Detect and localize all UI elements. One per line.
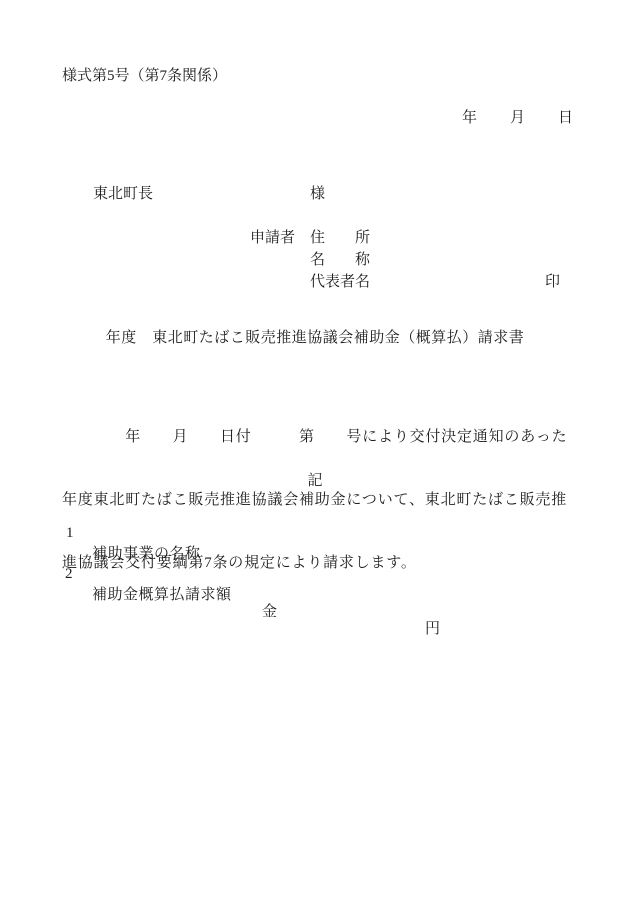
item-2-currency-prefix: 金: [262, 600, 277, 621]
applicant-label: 申請者: [250, 226, 295, 247]
addressee-honorific: 様: [310, 186, 325, 202]
addressee-title: 東北町長: [93, 186, 153, 202]
applicant-name-label: 名 称: [310, 248, 370, 269]
date-line: 年 月 日: [462, 106, 573, 127]
document-page: 様式第5号（第7条関係） 年 月 日 東北町長様 申請者 住 所 名 称 代表者…: [0, 0, 630, 903]
document-title: 年度 東北町たばこ販売推進協議会補助金（概算払）請求書: [0, 326, 630, 347]
date-month-label: 月: [510, 106, 525, 127]
seal-mark: 印: [545, 270, 560, 291]
addressee-line: 東北町長様: [78, 165, 325, 220]
list-item-1: 1 補助事業の名称: [0, 508, 630, 526]
record-marker: 記: [0, 469, 630, 490]
applicant-address-label: 住 所: [310, 226, 370, 247]
item-2-label: 補助金概算払請求額: [92, 583, 232, 604]
date-year-label: 年: [462, 106, 477, 127]
list-item-2: 2 補助金概算払請求額 金 円: [0, 549, 630, 567]
body-paragraph: 年 月 日付 第 号により交付決定通知のあった 年度東北町たばこ販売推進協議会補…: [62, 385, 572, 616]
item-2-currency-suffix: 円: [425, 617, 440, 638]
form-number: 様式第5号（第7条関係）: [62, 64, 227, 85]
date-day-label: 日: [558, 106, 573, 127]
body-line-1: 年 月 日付 第 号により交付決定通知のあった: [62, 427, 572, 448]
applicant-representative-label: 代表者名: [310, 270, 370, 291]
item-2-number: 2: [65, 566, 73, 583]
item-1-number: 1: [66, 525, 74, 542]
